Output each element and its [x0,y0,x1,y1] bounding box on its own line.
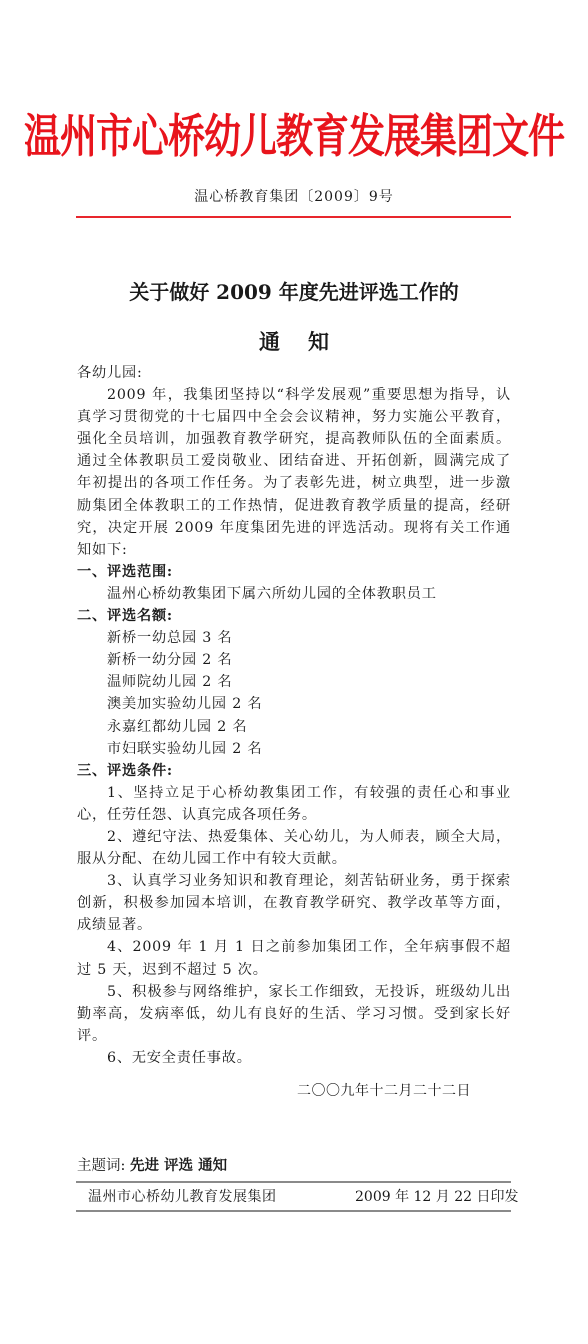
criteria-item: 4、2009 年 1 月 1 日之前参加集团工作，全年病事假不超过 5 天，迟到… [77,936,511,980]
section-heading-criteria: 三、评选条件: [77,760,511,782]
footer-top-divider [76,1181,511,1183]
footer-bottom-divider [76,1210,511,1212]
notice-title: 关于做好 2009 年度先进评选工作的 [0,276,588,305]
quota-item: 市妇联实验幼儿园 2 名 [77,738,511,760]
keywords-line: 主题词: 先进 评选 通知 [77,1154,227,1175]
intro-paragraph: 2009 年，我集团坚持以“科学发展观”重要思想为指导，认真学习贯彻党的十七届四… [77,384,511,561]
scope-text: 温州心桥幼教集团下属六所幼儿园的全体教职员工 [77,583,511,605]
document-body: 各幼儿园: 2009 年，我集团坚持以“科学发展观”重要思想为指导，认真学习贯彻… [77,362,511,1069]
keywords-label: 主题词: [77,1158,125,1174]
notice-subtitle: 通知 [0,326,588,356]
salutation: 各幼儿园: [77,362,511,384]
document-number: 温心桥教育集团〔2009〕9号 [0,186,588,206]
footer-organization: 温州市心桥幼儿教育发展集团 [88,1186,277,1206]
quota-item: 新桥一幼分园 2 名 [77,649,511,671]
quota-item: 澳美加实验幼儿园 2 名 [77,693,511,715]
footer-print-date: 2009 年 12 月 22 日印发 [355,1186,519,1206]
quota-item: 温师院幼儿园 2 名 [77,671,511,693]
criteria-item: 1、坚持立足于心桥幼教集团工作，有较强的责任心和事业心，任劳任怨、认真完成各项任… [77,782,511,826]
criteria-item: 2、遵纪守法、热爱集体、关心幼儿，为人师表，顾全大局，服从分配、在幼儿园工作中有… [77,826,511,870]
signature-date: 二〇〇九年十二月二十二日 [297,1080,471,1100]
quota-item: 新桥一幼总园 3 名 [77,627,511,649]
red-divider [76,216,511,218]
section-heading-scope: 一、评选范围: [77,561,511,583]
criteria-item: 6、无安全责任事故。 [77,1047,511,1069]
quota-item: 永嘉红都幼儿园 2 名 [77,716,511,738]
section-heading-quota: 二、评选名额: [77,605,511,627]
criteria-item: 5、积极参与网络维护，家长工作细致，无投诉，班级幼儿出勤率高，发病率低，幼儿有良… [77,981,511,1047]
document-header-title: 温州市心桥幼儿教育发展集团文件 [0,98,588,166]
keywords-value: 先进 评选 通知 [130,1157,227,1174]
criteria-item: 3、认真学习业务知识和教育理论，刻苦钻研业务，勇于探索创新，积极参加园本培训，在… [77,870,511,936]
